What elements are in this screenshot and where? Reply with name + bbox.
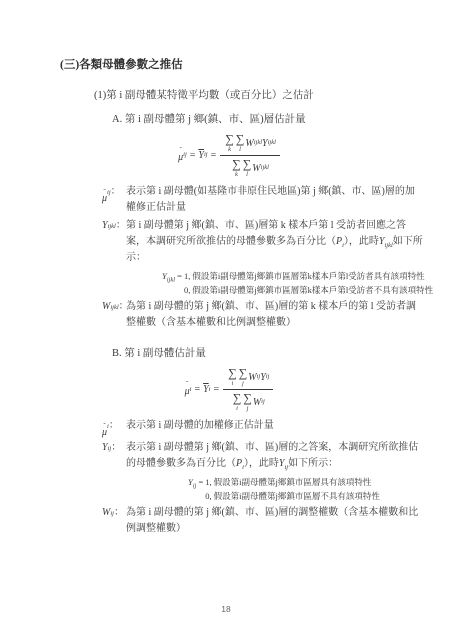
definition-text: 表示第 i 副母體的加權修正估計量 — [126, 418, 424, 438]
equals-sign: = — [190, 150, 196, 161]
case-one: 1,假設第i副母體第j鄉鎮市區層具有該項特性 — [205, 475, 380, 489]
subsection-heading: (1)第 i 副母體某特徵平均數（或百分比）之估計 — [94, 87, 428, 102]
definition-text: 為第 i 副母體的第 j 鄉(鎮、市、區)層的調整權數（含基本權數和比例調整權數… — [126, 505, 424, 537]
sum-index: i — [236, 406, 238, 413]
mu-subscript: i — [190, 387, 192, 394]
term-symbol: Wij： — [102, 505, 126, 537]
section-a-title: A. 第 i 副母體第 j 鄉(鎮、市、區)層估計量 — [112, 111, 428, 126]
w-symbol: W — [102, 505, 110, 521]
piecewise-definition-a: Yijkl = 1,假設第i副母體第j鄉鎮市區層第k樣本戶第l受訪者具有該項特性… — [162, 269, 428, 297]
weight-variable: W — [252, 163, 260, 174]
weight-subscript: ijkl — [261, 165, 269, 172]
sum-over-l: ∑l — [243, 158, 252, 178]
definition-w: Wij： 為第 i 副母體的第 j 鄉(鎮、市、區)層的調整權數（含基本權數和比… — [102, 505, 428, 537]
weight-variable: W — [248, 372, 256, 383]
definition-y: Yij： 表示第 i 副母體第 j 鄉(鎮、市、區)層的之答案，本調研究所欲推估… — [102, 440, 428, 472]
denominator: ∑i ∑j Wij — [232, 390, 265, 412]
sigma-symbol: ∑ — [243, 158, 252, 171]
equals-sign: = — [211, 150, 217, 161]
y-subscript: ijkl — [384, 242, 392, 249]
sum-over-j: ∑j — [243, 392, 252, 412]
colon: ： — [114, 505, 124, 521]
term-subscript: ijkl — [108, 224, 116, 231]
case-variable: Yijkl = — [162, 269, 182, 284]
sigma-symbol: ∑ — [243, 392, 252, 405]
fraction: ∑k ∑l Wijkl Yijkl ∑k ∑l Wijkl — [220, 133, 280, 178]
term-symbol: Yij： — [102, 440, 126, 472]
definition-w: Wijkl： 為第 i 副母體的第 j 鄉(鎮、市、區)層的第 k 樣本戶的第 … — [102, 299, 428, 331]
case-zero: 0,假設第i副母體第j鄉鎮市區層不具有該項特性 — [205, 489, 380, 503]
case-column: 1,假設第i副母體第j鄉鎮市區層第k樣本戶第l受訪者具有該項特性 0,假設第i副… — [184, 269, 433, 297]
colon: ： — [111, 440, 121, 456]
colon: ： — [109, 418, 119, 434]
w-symbol: W — [102, 299, 110, 315]
sum-over-j: ∑j — [239, 367, 248, 387]
definition-mu: ˆμi： 表示第 i 副母體的加權修正估計量 — [102, 418, 428, 438]
colon: ： — [116, 218, 126, 234]
term-subscript: ijkl — [110, 305, 118, 312]
definition-text: 表示第 i 副母體(如基隆市非原住民地區)第 j 鄉(鎮、市、區)層的加權修正估… — [126, 184, 424, 216]
case-column: 1,假設第i副母體第j鄉鎮市區層具有該項特性 0,假設第i副母體第j鄉鎮市區層不… — [205, 475, 380, 503]
mu-subscript: ij — [183, 152, 187, 159]
y-bar-subscript: ij — [204, 152, 208, 159]
definition-list-b: ˆμi： 表示第 i 副母體的加權修正估計量 Yij： 表示第 i 副母體第 j… — [102, 418, 428, 537]
document-page: (三)各類母體參數之推估 (1)第 i 副母體某特徵平均數（或百分比）之估計 A… — [0, 0, 452, 640]
case-variable: Yij = — [188, 475, 203, 490]
sigma-symbol: ∑ — [228, 367, 237, 380]
sum-index: j — [242, 381, 244, 388]
sum-index: l — [239, 147, 241, 154]
sum-over-k: ∑k — [232, 158, 241, 178]
equals-sign: = — [194, 384, 200, 395]
definition-list-a: ˆμij： 表示第 i 副母體(如基隆市非原住民地區)第 j 鄉(鎮、市、區)層… — [102, 184, 428, 331]
page-number: 18 — [0, 604, 452, 614]
sum-index: i — [231, 381, 233, 388]
sum-over-l: ∑l — [236, 133, 245, 153]
definition-text: 第 i 副母體第 j 鄉(鎮、市、區)層第 k 樣本戶第 l 受訪者回應之答案，… — [126, 218, 424, 266]
case-zero: 0,假設第i副母體第j鄉鎮市區層第k樣本戶第l受訪者不具有該項特性 — [184, 283, 433, 297]
weight-subscript: ijkl — [254, 140, 262, 147]
equals-sign: = — [213, 384, 219, 395]
denominator: ∑k ∑l Wijkl — [231, 156, 269, 178]
weight-variable: W — [253, 397, 261, 408]
response-subscript: ijkl — [268, 140, 276, 147]
weight-subscript: ij — [261, 399, 265, 406]
sum-index: l — [246, 172, 248, 179]
term-symbol: Wijkl： — [102, 299, 126, 331]
sum-index: k — [228, 147, 231, 154]
formula-a: ˆμij = Yij = ∑k ∑l Wijkl Yijkl ∑k ∑l Wij… — [60, 133, 398, 178]
sigma-symbol: ∑ — [239, 367, 248, 380]
sum-over-i: ∑i — [233, 392, 242, 412]
sum-index: j — [247, 406, 249, 413]
sigma-symbol: ∑ — [233, 392, 242, 405]
sum-index: k — [235, 172, 238, 179]
sigma-symbol: ∑ — [232, 158, 241, 171]
term-symbol: Yijkl： — [102, 218, 126, 266]
numerator: ∑i ∑j Wij Yij — [223, 367, 273, 390]
definition-text: 表示第 i 副母體第 j 鄉(鎮、市、區)層的之答案，本調研究所欲推估的母體參數… — [126, 440, 424, 472]
section-heading: (三)各類母體參數之推估 — [60, 56, 428, 72]
case-one: 1,假設第i副母體第j鄉鎮市區層第k樣本戶第l受訪者具有該項特性 — [184, 269, 433, 283]
fraction: ∑i ∑j Wij Yij ∑i ∑j Wij — [223, 367, 273, 412]
term-symbol: ˆμij： — [102, 184, 126, 216]
sum-over-k: ∑k — [225, 133, 234, 153]
definition-text: 為第 i 副母體的第 j 鄉(鎮、市、區)層的第 k 樣本戶的第 l 受訪者調整… — [126, 299, 424, 331]
definition-mu: ˆμij： 表示第 i 副母體(如基隆市非原住民地區)第 j 鄉(鎮、市、區)層… — [102, 184, 428, 216]
definition-y: Yijkl： 第 i 副母體第 j 鄉(鎮、市、區)層第 k 樣本戶第 l 受訪… — [102, 218, 428, 266]
piecewise-definition-b: Yij = 1,假設第i副母體第j鄉鎮市區層具有該項特性 0,假設第i副母體第j… — [188, 475, 428, 503]
numerator: ∑k ∑l Wijkl Yijkl — [220, 133, 280, 156]
formula-b: ˆμi = Yi = ∑i ∑j Wij Yij ∑i ∑j Wij — [60, 367, 398, 412]
weight-variable: W — [245, 138, 253, 149]
sigma-symbol: ∑ — [236, 133, 245, 146]
colon: ： — [111, 184, 121, 200]
section-b-title: B. 第 i 副母體估計量 — [112, 345, 428, 360]
response-subscript: ij — [266, 374, 270, 381]
sigma-symbol: ∑ — [225, 133, 234, 146]
term-symbol: ˆμi： — [102, 418, 126, 438]
sum-over-i: ∑i — [228, 367, 237, 387]
y-bar-subscript: i — [209, 387, 211, 394]
